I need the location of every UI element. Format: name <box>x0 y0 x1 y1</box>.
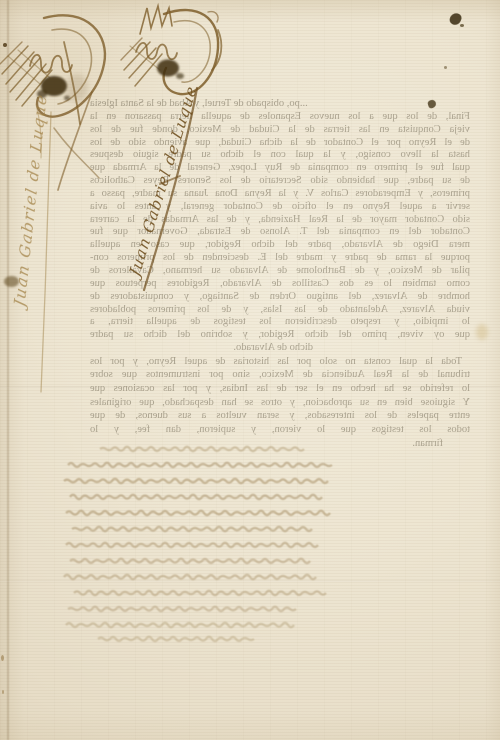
bleedthrough-line: qual fue el primero en compania de Ruy L… <box>90 162 470 175</box>
bleedthrough-line: lo impidio, y respeto describieron los t… <box>90 316 470 329</box>
handwriting-bleedthrough-line <box>72 527 312 531</box>
bleedthrough-line: Final, de los que a los nuevos Espanoles… <box>90 111 470 124</box>
handwriting-bleedthrough-line <box>74 591 326 595</box>
manuscript-page: ...po, obispado de Teruel, y Abad de la … <box>0 0 500 740</box>
bleedthrough-paragraph-2: Toda la qual consta no solo por las hist… <box>90 355 470 437</box>
bleedthrough-line: lo referido se ha hecho en el ser de las… <box>90 382 470 396</box>
bleedthrough-line: de su padre, que habiendo sido Secretari… <box>90 175 470 188</box>
bleedthrough-line: hasta la llevo consigo, y la qual con el… <box>90 149 470 162</box>
handwriting-bleedthrough-line <box>70 559 310 563</box>
handwriting-bleedthrough-line <box>68 463 332 467</box>
left-edge-fold-line <box>7 0 9 740</box>
handwriting-bleedthrough-line <box>64 479 328 483</box>
printed-bleedthrough-block: ...po, obispado de Teruel, y Abad de la … <box>90 98 470 451</box>
bleedthrough-line: ...po, obispado de Teruel, y Abad de la … <box>90 98 470 111</box>
bleedthrough-line: entre papeles de los interesados, y sera… <box>90 409 470 423</box>
bleedthrough-line: tribunal de la Real Audiencia de Mexico,… <box>90 368 470 382</box>
handwriting-bleedthrough-line <box>68 607 296 611</box>
edge-speck <box>1 655 4 661</box>
bleedthrough-line: viuda Alvarez, Adelantado de las Islas, … <box>90 304 470 317</box>
ink-rubric-flourish-center <box>120 0 224 112</box>
bleedthrough-line: primeros, y Emperadores Carlos V. y la R… <box>90 188 470 201</box>
bleedthrough-line: todos los testigos que lo vieron, y supi… <box>90 423 470 437</box>
bleedthrough-line: que oy viven, primo del dicho Regidor, y… <box>90 329 470 342</box>
yellow-stain <box>476 324 488 340</box>
signature-juan-gabriel-de-luque-left: Juan Gabriel de Luque <box>10 91 51 308</box>
bleedthrough-line: Y siguiose bien en su aprobacion, y otro… <box>90 396 470 410</box>
handwriting-bleedthrough-line <box>64 575 316 579</box>
bleedthrough-line: pilar de Mexico, y de Bartholome de Alva… <box>90 265 470 278</box>
ink-spot <box>444 66 447 69</box>
handwriting-bleedthrough-line <box>66 623 294 627</box>
ink-spot <box>460 24 464 27</box>
handwriting-bleedthrough-line <box>66 543 318 547</box>
handwriting-bleedthrough-line <box>70 495 322 499</box>
ink-wash-smudge <box>66 74 88 102</box>
bleedthrough-line: vieja Conquista en las tierras de la Ciu… <box>90 124 470 137</box>
bleedthrough-line: como tambien lo es dos Castillos de Alva… <box>90 278 470 291</box>
horizontal-crease <box>0 580 500 582</box>
bleedthrough-line: hombre de Alvarez, del antiguo Orden de … <box>90 291 470 304</box>
handwriting-bleedthrough-line <box>98 637 254 641</box>
bleedthrough-line: Toda la qual consta no solo por las hist… <box>90 355 470 369</box>
bleedthrough-line: de el Reyno por el Contador de la dicha … <box>90 137 470 150</box>
bleedthrough-closing-word: firman. <box>90 436 470 451</box>
ink-blot <box>448 11 463 26</box>
edge-speck <box>2 690 4 694</box>
handwriting-bleedthrough-line <box>66 511 330 515</box>
bleedthrough-line: dicho de Alvarado. <box>90 342 470 355</box>
